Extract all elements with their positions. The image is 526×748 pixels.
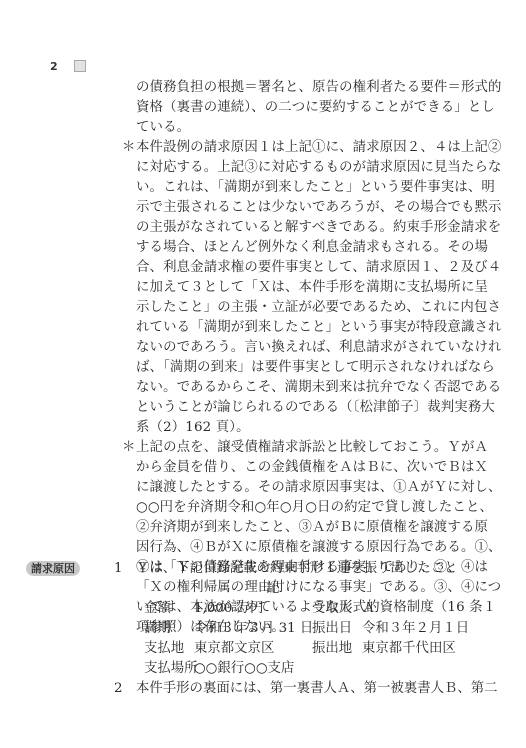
- detail-value: 東京都千代田区: [362, 639, 456, 659]
- line-text: 資格（裏書の連続）、の二つに要約することができる」とし: [136, 100, 495, 115]
- detail-value: Ａ: [362, 599, 375, 619]
- line-text: 示したこと」の主張・立証が必要であるため、これに内包さ: [136, 300, 501, 315]
- paragraph-line: ない。であるからこそ、満期未到来は抗弁でなく否認である: [122, 378, 492, 398]
- claim-item-1: 請求原因 1 Ｙは、下記目録記載の約束手形１通を振り出したこと: [26, 559, 496, 579]
- line-text: ない。であるからこそ、満期未到来は抗弁でなく否認である: [136, 380, 501, 395]
- line-text: から金員を借り、この金銭債権をＡはＢに、次いでＢはＸ: [136, 460, 488, 475]
- page-marker-box: [74, 60, 86, 72]
- paragraph-line: ＊本件設例の請求原因１は上記①に、請求原因２、４は上記②: [122, 138, 492, 158]
- line-text: 示で主張されることは少ないであろうが、その場合でも黙示: [136, 200, 502, 215]
- detail-label: 支払場所: [144, 659, 198, 679]
- claim-item-text: 本件手形の裏面には、第一裏書人Ａ、第一被裏書人Ｂ、第二: [136, 679, 498, 699]
- paragraph-line: 資格（裏書の連続）、の二つに要約することができる」とし: [122, 98, 492, 118]
- line-text: れている「満期が到来したこと」という事実が特段意識され: [136, 320, 502, 335]
- paragraph-line: に加えて３として「Ｘは、本件手形を満期に支払場所に呈: [122, 278, 492, 298]
- detail-value: 令和３年２月１日: [362, 619, 469, 639]
- detail-label: 振出日: [312, 619, 352, 639]
- asterisk-bullet: ＊: [122, 438, 136, 458]
- detail-label: 金額: [144, 599, 171, 619]
- paragraph-line: ②弁済期が到来したこと、③ＡがＢに原債権を譲渡する原: [122, 518, 492, 538]
- paragraph-line: ないのであろう。言い換えれば、利息請求がされていなけれ: [122, 338, 492, 358]
- detail-label: 振出地: [312, 639, 352, 659]
- paragraph-line: ということが論じられるのである（〔松津節子〕裁判実務大: [122, 398, 492, 418]
- line-text: に対応する。上記③に対応するものが請求原因に見当たらな: [136, 160, 502, 175]
- paragraph-line: する場合、ほとんど例外なく利息金請求もされる。その場: [122, 238, 492, 258]
- paragraph-line: に対応する。上記③に対応するものが請求原因に見当たらな: [122, 158, 492, 178]
- paragraph-line: 示したこと」の主張・立証が必要であるため、これに内包さ: [122, 298, 492, 318]
- detail-value: 1,000 万円: [194, 599, 263, 619]
- detail-value: 東京都文京区: [194, 639, 274, 659]
- detail-value: 令和３年３月 31 日: [194, 619, 313, 639]
- line-text: に加えて３として「Ｘは、本件手形を満期に支払場所に呈: [136, 280, 488, 295]
- ki-heading: 記: [266, 579, 279, 599]
- detail-row: 支払場所 ○○銀行○○支店: [26, 659, 496, 679]
- claim-section: 請求原因 1 Ｙは、下記目録記載の約束手形１通を振り出したこと 記 金額 1,0…: [26, 559, 496, 699]
- detail-label: 支払地: [144, 639, 184, 659]
- paragraph-line: から金員を借り、この金銭債権をＡはＢに、次いでＢはＸ: [122, 458, 492, 478]
- paragraph-line: の債務負担の根拠＝署名と、原告の権利者たる要件＝形式的: [122, 78, 492, 98]
- paragraph-line: 示で主張されることは少ないであろうが、その場合でも黙示: [122, 198, 492, 218]
- line-text: ②弁済期が到来したこと、③ＡがＢに原債権を譲渡する原: [136, 520, 488, 535]
- claim-item-2: 2 本件手形の裏面には、第一裏書人Ａ、第一被裏書人Ｂ、第二: [26, 679, 496, 699]
- paragraph-line: 合、利息金請求権の要件事実として、請求原因１、２及び４: [122, 258, 492, 278]
- paragraph-line: 因行為、④ＢがＸに原債権を譲渡する原因行為である。①、: [122, 538, 492, 558]
- line-text: ば、「満期の到来」は要件事実として明示されなければなら: [136, 360, 495, 375]
- line-text: 系（2）162 頁）。: [136, 420, 250, 435]
- paragraph-line: ＊上記の点を、譲受債権請求訴訟と比較しておこう。ＹがＡ: [122, 438, 492, 458]
- line-text: の債務負担の根拠＝署名と、原告の権利者たる要件＝形式的: [136, 80, 502, 95]
- detail-label: 受取人: [312, 599, 352, 619]
- asterisk-bullet: ＊: [122, 138, 136, 158]
- line-text: 合、利息金請求権の要件事実として、請求原因１、２及び４: [136, 260, 501, 275]
- ki-heading-row: 記: [26, 579, 496, 599]
- line-text: ということが論じられるのである（〔松津節子〕裁判実務大: [136, 400, 495, 415]
- paragraph-line: ている。: [122, 118, 492, 138]
- line-text: 本件設例の請求原因１は上記①に、請求原因２、４は上記②: [136, 140, 502, 155]
- paragraph-line: ○○円を弁済期令和○年○月○日の約定で貸し渡したこと、: [122, 498, 492, 518]
- claim-badge: 請求原因: [26, 561, 80, 576]
- detail-label: 満期: [144, 619, 171, 639]
- paragraph-line: 系（2）162 頁）。: [122, 418, 492, 438]
- claim-item-text: Ｙは、下記目録記載の約束手形１通を振り出したこと: [136, 559, 457, 579]
- line-text: い。これは、「満期が到来したこと」という要件事実は、明: [136, 180, 495, 195]
- paragraph-line: ば、「満期の到来」は要件事実として明示されなければなら: [122, 358, 492, 378]
- line-text: ないのであろう。言い換えれば、利息請求がされていなけれ: [136, 340, 502, 355]
- detail-row: 支払地 東京都文京区 振出地 東京都千代田区: [26, 639, 496, 659]
- page-number: 2: [50, 60, 68, 73]
- line-text: 因行為、④ＢがＸに原債権を譲渡する原因行為である。①、: [136, 540, 502, 555]
- detail-row: 満期 令和３年３月 31 日 振出日 令和３年２月１日: [26, 619, 496, 639]
- detail-value: ○○銀行○○支店: [194, 659, 294, 679]
- line-text: に譲渡したとする。その請求原因事実は、①ＡがＹに対し、: [136, 480, 502, 495]
- page-header: 2: [50, 58, 86, 74]
- detail-row: 金額 1,000 万円 受取人 Ａ: [26, 599, 496, 619]
- line-text: する場合、ほとんど例外なく利息金請求もされる。その場: [136, 240, 488, 255]
- paragraph-line: れている「満期が到来したこと」という事実が特段意識され: [122, 318, 492, 338]
- line-text: ○○円を弁済期令和○年○月○日の約定で貸し渡したこと、: [136, 500, 493, 515]
- line-text: 上記の点を、譲受債権請求訴訟と比較しておこう。ＹがＡ: [136, 440, 488, 455]
- claim-item-number: 2: [114, 679, 123, 699]
- paragraph-line: い。これは、「満期が到来したこと」という要件事実は、明: [122, 178, 492, 198]
- line-text: ている。: [136, 120, 190, 135]
- commentary-body: の債務負担の根拠＝署名と、原告の権利者たる要件＝形式的資格（裏書の連続）、の二つ…: [122, 78, 492, 638]
- claim-item-number: 1: [114, 559, 123, 579]
- paragraph-line: に譲渡したとする。その請求原因事実は、①ＡがＹに対し、: [122, 478, 492, 498]
- line-text: の主張がなされていると解すべきである。約束手形金請求を: [136, 220, 501, 235]
- paragraph-line: の主張がなされていると解すべきである。約束手形金請求を: [122, 218, 492, 238]
